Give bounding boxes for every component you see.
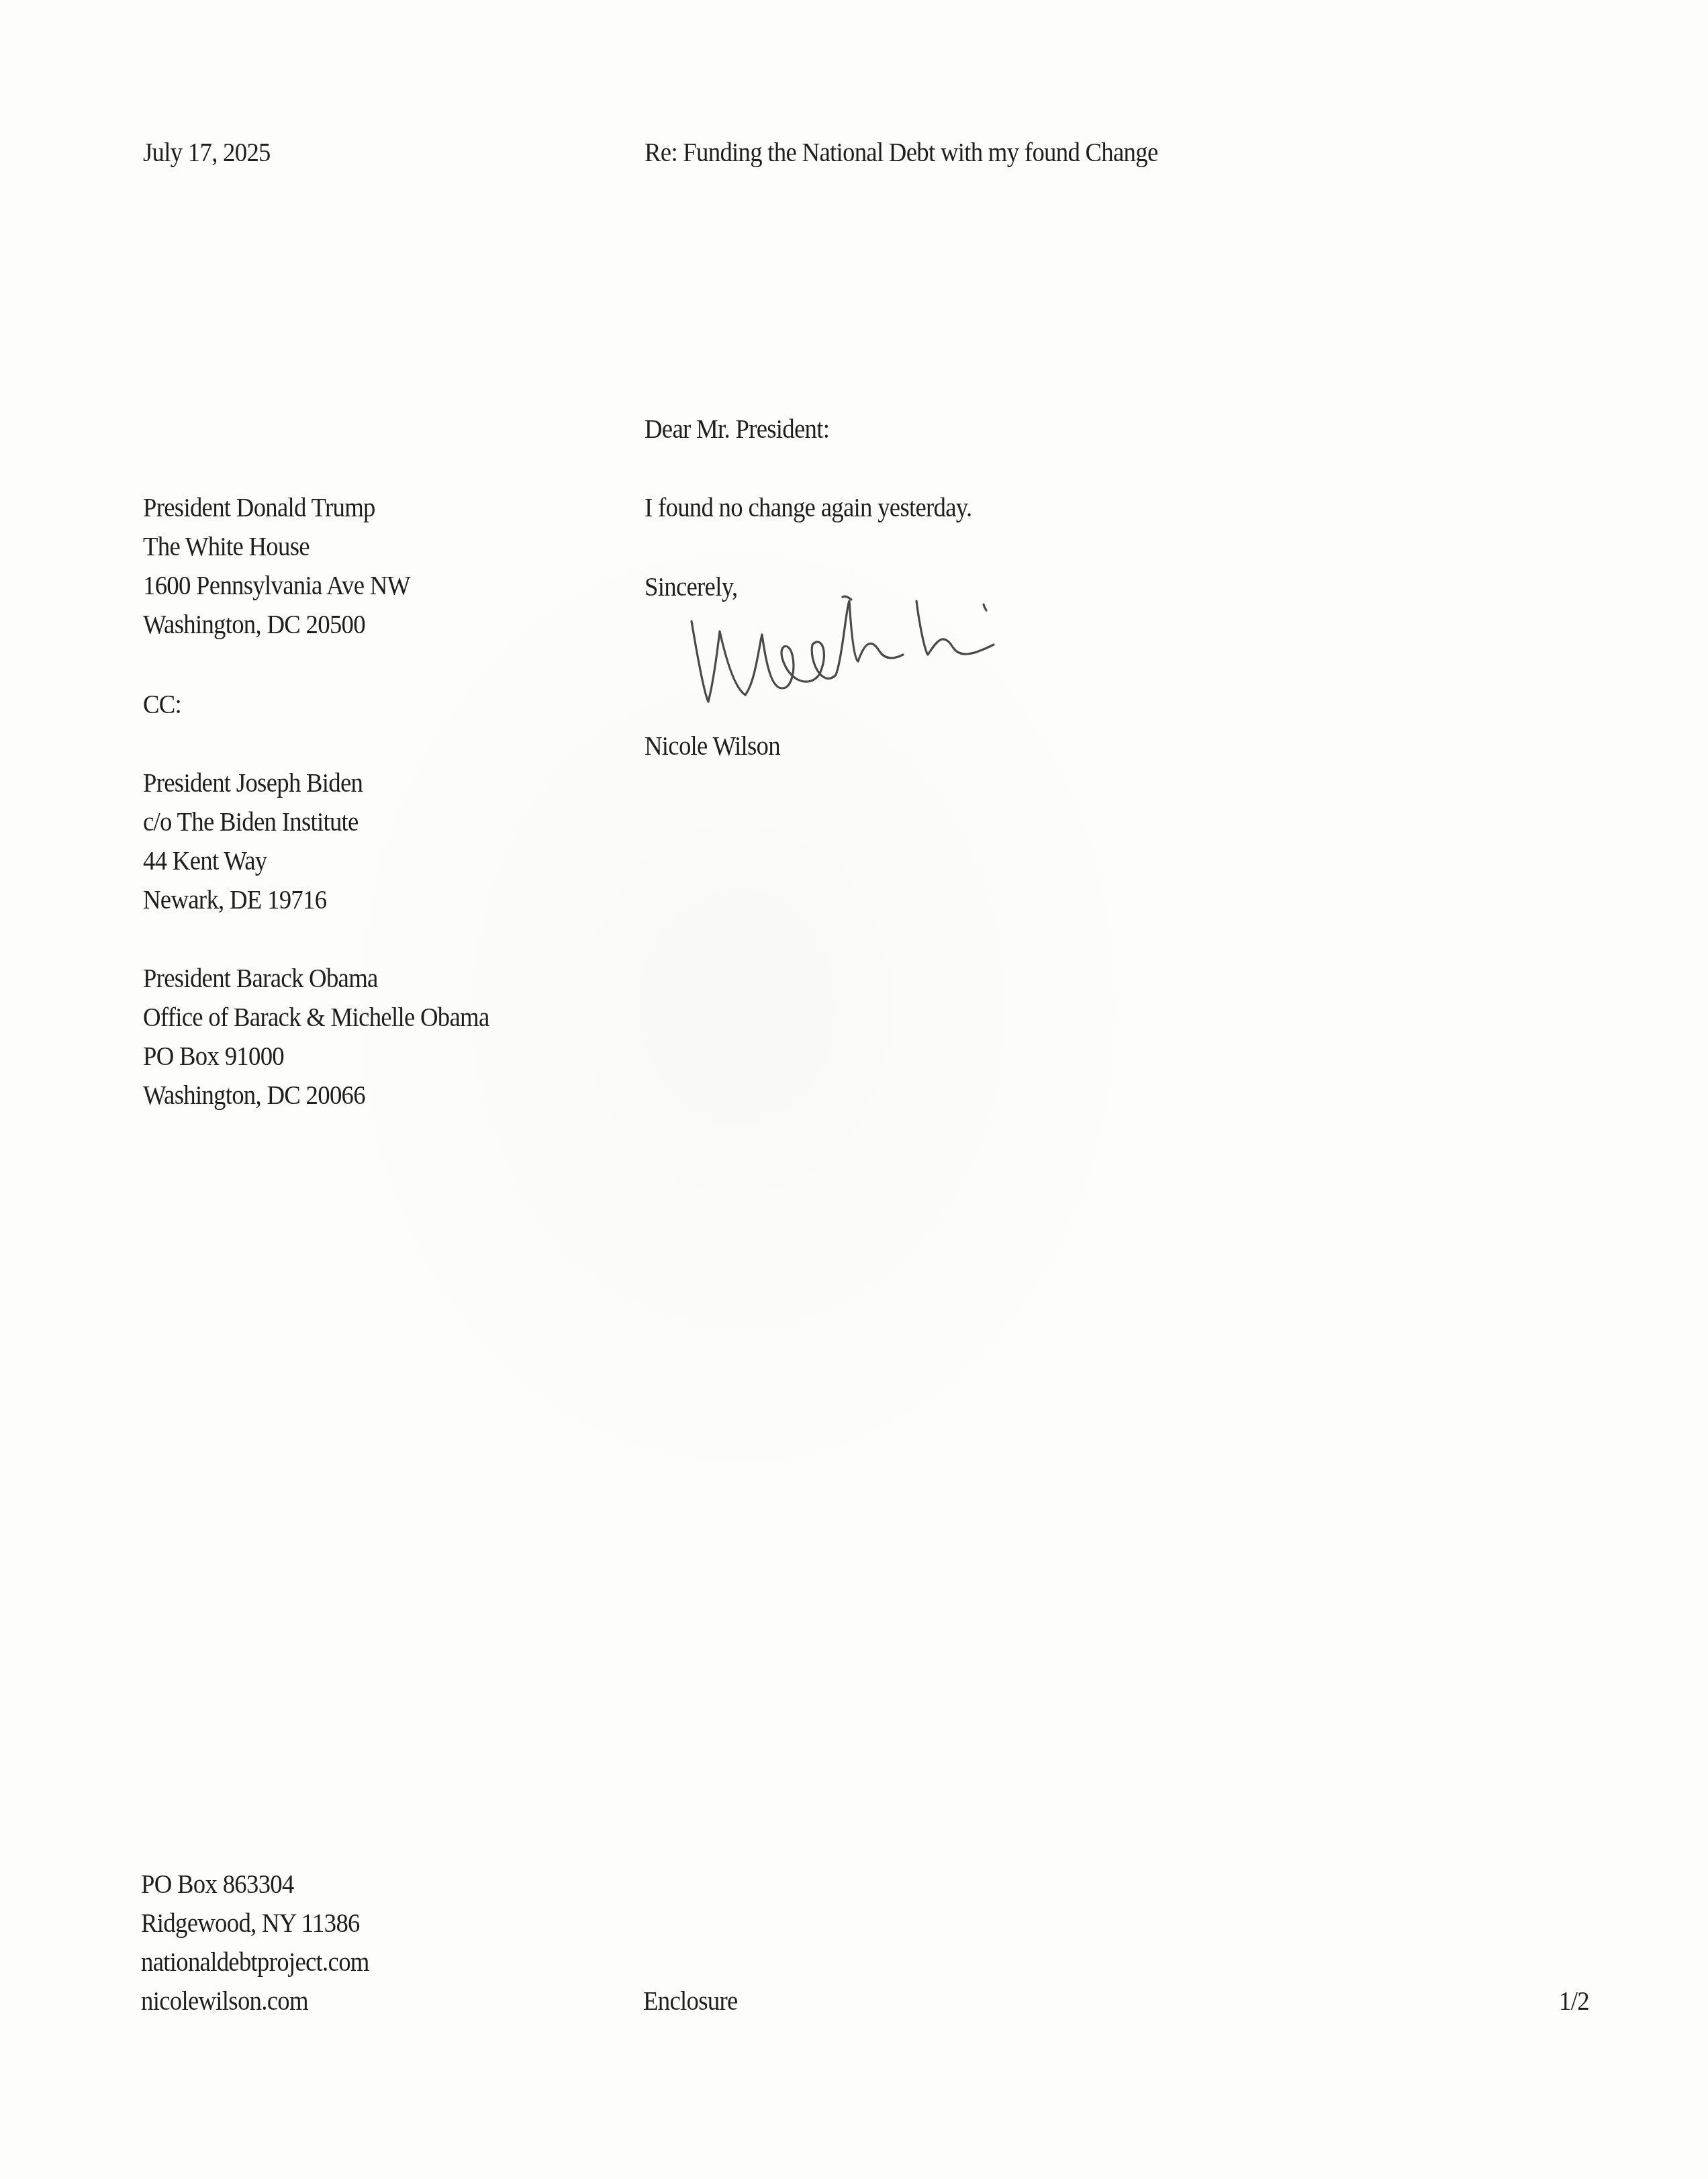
signer-name: Nicole Wilson: [645, 727, 780, 766]
cc-recipient-line: President Barack Obama: [143, 959, 489, 998]
return-address: PO Box 863304 Ridgewood, NY 11386 nation…: [141, 1865, 389, 2021]
recipient-line: President Donald Trump: [143, 488, 410, 527]
recipient-line: 1600 Pennsylvania Ave NW: [143, 566, 410, 605]
cc-recipient-line: Office of Barack & Michelle Obama: [143, 998, 489, 1037]
website-link: nationaldebtproject.com: [141, 1943, 369, 1982]
cc-recipient-address: President Joseph Biden c/o The Biden Ins…: [143, 763, 382, 919]
recipient-address: President Donald Trump The White House 1…: [143, 488, 433, 644]
letter-subject: Re: Funding the National Debt with my fo…: [645, 133, 1158, 172]
letter-date: July 17, 2025: [143, 133, 271, 172]
cc-recipient-line: Newark, DE 19716: [143, 880, 363, 919]
cc-recipient-line: Washington, DC 20066: [143, 1076, 489, 1115]
cc-label: CC:: [143, 685, 181, 724]
website-link: nicolewilson.com: [141, 1982, 369, 2021]
page-number: 1/2: [1559, 1982, 1589, 2021]
cc-recipient-line: PO Box 91000: [143, 1037, 489, 1076]
return-address-line: Ridgewood, NY 11386: [141, 1904, 369, 1943]
cc-recipient-line: President Joseph Biden: [143, 763, 363, 802]
signature-icon: [678, 594, 1054, 715]
letter-page: July 17, 2025 Re: Funding the National D…: [0, 0, 1708, 2179]
salutation: Dear Mr. President:: [645, 410, 829, 449]
return-address-line: PO Box 863304: [141, 1865, 369, 1904]
cc-recipient-address: President Barack Obama Office of Barack …: [143, 959, 519, 1115]
cc-recipient-line: 44 Kent Way: [143, 841, 363, 880]
recipient-line: The White House: [143, 527, 410, 566]
letter-body: I found no change again yesterday.: [645, 488, 972, 527]
enclosure-note: Enclosure: [643, 1982, 738, 2021]
cc-recipient-line: c/o The Biden Institute: [143, 802, 363, 841]
recipient-line: Washington, DC 20500: [143, 605, 410, 644]
